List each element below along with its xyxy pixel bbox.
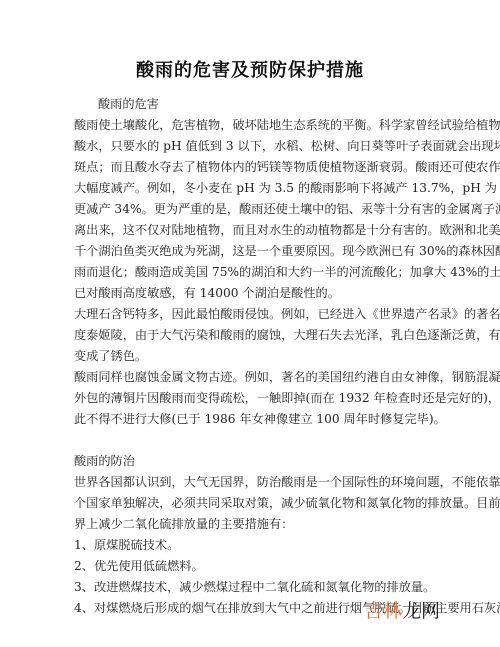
- watermark-part-accent: 吉林: [364, 600, 402, 622]
- document-body: 酸雨的危害 酸雨使土壤酸化，危害植物，破坏陆地生态系统的平衡。科学家曾经试验给植…: [74, 94, 434, 619]
- paragraph-line: 此不得不进行大修(已于 1986 年女神像建立 100 周年时修复完毕)。: [74, 409, 434, 430]
- paragraph-line: 个国家单独解决，必须共同采取对策，减少硫氧化物和氮氧化物的排放量。目前世: [74, 493, 434, 514]
- document-page: 酸雨的危害及预防保护措施 酸雨的危害 酸雨使土壤酸化，危害植物，破坏陆地生态系统…: [0, 0, 500, 647]
- section-heading-prevention: 酸雨的防治: [74, 451, 434, 472]
- paragraph-line: 斑点；而且酸水夺去了植物体内的钙镁等物质使植物逐渐衰弱。酸雨还可使农作物: [74, 157, 434, 178]
- paragraph-line: 界上减少二氧化硫排放量的主要措施有：: [74, 514, 434, 535]
- paragraph-line: 更减产 34%。更为严重的是，酸雨还使土壤中的铝、汞等十分有害的金属离子游: [74, 199, 434, 220]
- section-heading-hazards: 酸雨的危害: [74, 94, 434, 115]
- list-item: 3、改进燃煤技术，减少燃煤过程中二氧化硫和氮氧化物的排放量。: [74, 577, 434, 598]
- paragraph-line: 世界各国都认识到，大气无国界，防治酸雨是一个国际性的环境问题，不能依靠一: [74, 472, 434, 493]
- site-watermark-logo: 吉林龙网: [364, 596, 440, 623]
- paragraph-line: 离出来，这不仅对陆地植物，而且对水生的动植物都是十分有害的。欧洲和北美几: [74, 220, 434, 241]
- paragraph-line: 酸水，只要水的 pH 值低到 3 以下，水稻、松树、向日葵等叶子表面就会出现坏死: [74, 136, 434, 157]
- paragraph-line: 雨而退化；酸雨造成美国 75%的湖泊和大约一半的河流酸化；加拿大 43%的土地: [74, 262, 434, 283]
- paragraph-line: 大幅度减产。例如，冬小麦在 pH 为 3.5 的酸雨影响下将减产 13.7%，p…: [74, 178, 434, 199]
- paragraph-line: 外包的薄铜片因酸雨而变得疏松，一触即掉(而在 1932 年检查时还是完好的)，因: [74, 388, 434, 409]
- paragraph-line: 度泰姬陵，由于大气污染和酸雨的腐蚀，大理石失去光泽，乳白色逐渐泛黄，有的: [74, 325, 434, 346]
- list-item: 2、优先使用低硫燃料。: [74, 556, 434, 577]
- paragraph-line: 已对酸雨高度敏感，有 14000 个湖泊是酸性的。: [74, 283, 434, 304]
- watermark-part-dark: 龙网: [402, 600, 440, 622]
- paragraph-line: 变成了锈色。: [74, 346, 434, 367]
- paragraph-line: 酸雨同样也腐蚀金属文物古迹。例如，著名的美国纽约港自由女神像，钢筋混凝土: [74, 367, 434, 388]
- list-item: 1、原煤脱硫技术。: [74, 535, 434, 556]
- document-title: 酸雨的危害及预防保护措施: [0, 56, 500, 82]
- section-spacer: [74, 430, 434, 451]
- paragraph-line: 大理石含钙特多，因此最怕酸雨侵蚀。例如，已经进入《世界遗产名录》的著名印: [74, 304, 434, 325]
- paragraph-line: 千个湖泊鱼类灭绝成为死湖，这是一个重要原因。现今欧洲已有 30%的森林因酸: [74, 241, 434, 262]
- paragraph-line: 酸雨使土壤酸化，危害植物，破坏陆地生态系统的平衡。科学家曾经试验给植物浇: [74, 115, 434, 136]
